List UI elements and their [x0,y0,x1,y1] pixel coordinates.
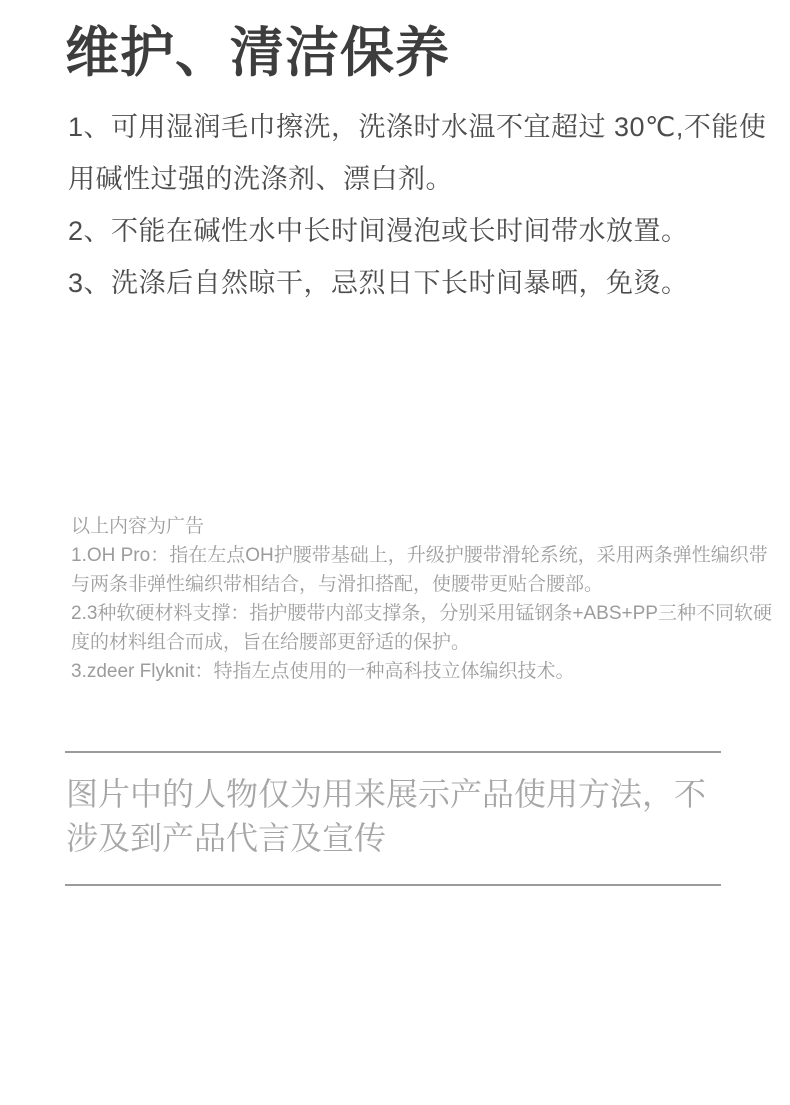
ad-disclaimer-section: 以上内容为广告 1.OH Pro：指在左点OH护腰带基础上，升级护腰带滑轮系统，… [71,512,750,686]
ad-disclaimer-heading: 以上内容为广告 [71,512,750,541]
care-section-title: 维护、清洁保养 [65,10,450,87]
care-instruction-2: 2、不能在碱性水中长时间漫泡或长时间带水放置。 [68,205,750,257]
product-detail-page: 维护、清洁保养 1、可用湿润毛巾擦洗，洗涤时水温不宜超过 30℃,不能使 用碱性… [0,0,790,1105]
ad-disclaimer-note-2-line-1: 2.3种软硬材料支撑：指护腰带内部支撑条，分别采用锰钢条+ABS+PP三种不同软… [71,599,750,628]
ad-disclaimer-note-1-line-2: 与两条非弹性编织带相结合，与滑扣搭配，使腰带更贴合腰部。 [71,570,750,599]
model-disclaimer-line-1: 图片中的人物仅为用来展示产品使用方法，不 [66,772,750,816]
ad-disclaimer-note-2-line-2: 度的材料组合而成，旨在给腰部更舒适的保护。 [71,628,750,657]
care-instruction-3: 3、洗涤后自然晾干，忌烈日下长时间暴晒，免烫。 [68,257,750,309]
care-instruction-1-line-2: 用碱性过强的洗涤剂、漂白剂。 [68,153,750,205]
care-instructions: 1、可用湿润毛巾擦洗，洗涤时水温不宜超过 30℃,不能使 用碱性过强的洗涤剂、漂… [68,101,750,309]
model-disclaimer-text: 图片中的人物仅为用来展示产品使用方法，不 涉及到产品代言及宣传 [66,772,750,860]
divider-bottom [65,884,721,886]
divider-top [65,751,721,753]
ad-disclaimer-note-3: 3.zdeer Flyknit：特指左点使用的一种高科技立体编织技术。 [71,657,750,686]
model-disclaimer-line-2: 涉及到产品代言及宣传 [66,816,750,860]
care-instruction-1-line-1: 1、可用湿润毛巾擦洗，洗涤时水温不宜超过 30℃,不能使 [68,101,750,153]
ad-disclaimer-note-1-line-1: 1.OH Pro：指在左点OH护腰带基础上，升级护腰带滑轮系统，采用两条弹性编织… [71,541,750,570]
